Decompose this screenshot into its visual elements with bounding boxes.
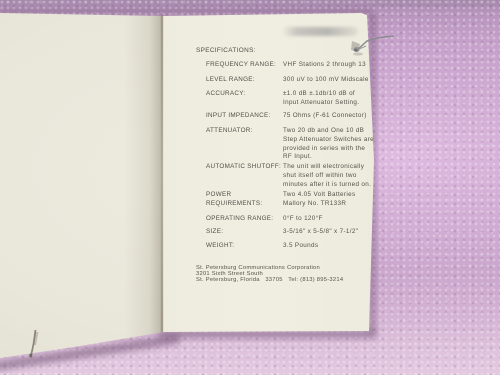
publisher-address: St. Petersburg Communications Corporatio… <box>196 265 343 284</box>
booklet-gutter-crease <box>161 14 163 332</box>
gutter-shading <box>124 0 163 375</box>
spec-value: ±1.0 dB ±.1db/10 dB of Input Attenuator … <box>283 90 377 108</box>
spec-value: 0°F to 120°F <box>283 215 377 224</box>
spec-value: 300 uV to 100 mV Midscale <box>283 76 377 85</box>
faint-ink-smudge <box>282 27 358 36</box>
spec-label: ATTENUATOR: <box>206 127 282 136</box>
spec-value: 75 Ohms (F-61 Connector) <box>283 112 377 121</box>
address-line: St. Petersburg, Florida 33705 Tel: (813)… <box>196 277 343 283</box>
spec-value: 3.5 Pounds <box>283 242 377 251</box>
spec-value: Two 4.05 Volt Batteries Mallory No. TR13… <box>283 191 377 209</box>
spec-value: VHF Stations 2 through 13 <box>283 61 377 70</box>
specifications-heading: SPECIFICATIONS: <box>196 47 256 54</box>
spec-label: INPUT IMPEDANCE: <box>206 112 282 121</box>
spec-label: POWER REQUIREMENTS: <box>206 191 282 209</box>
spec-value: 3-5/16" x 5-5/8" x 7-1/2" <box>283 228 377 237</box>
spec-label: SIZE: <box>206 228 282 237</box>
spec-label: FREQUENCY RANGE: <box>206 61 282 70</box>
spec-label: AUTOMATIC SHUTOFF: <box>206 163 282 172</box>
spec-label: LEVEL RANGE: <box>206 76 282 85</box>
page-top-shadow <box>0 9 372 14</box>
spec-label: WEIGHT: <box>206 242 282 251</box>
spec-label: ACCURACY: <box>206 90 282 99</box>
photo-of-open-manual: SPECIFICATIONS: FREQUENCY RANGE: VHF Sta… <box>0 0 500 375</box>
spec-value: Two 20 db and One 10 dB Step Attenuator … <box>283 127 377 162</box>
spec-value: The unit will electronically shut itself… <box>283 163 377 189</box>
spec-label: OPERATING RANGE: <box>206 215 282 224</box>
